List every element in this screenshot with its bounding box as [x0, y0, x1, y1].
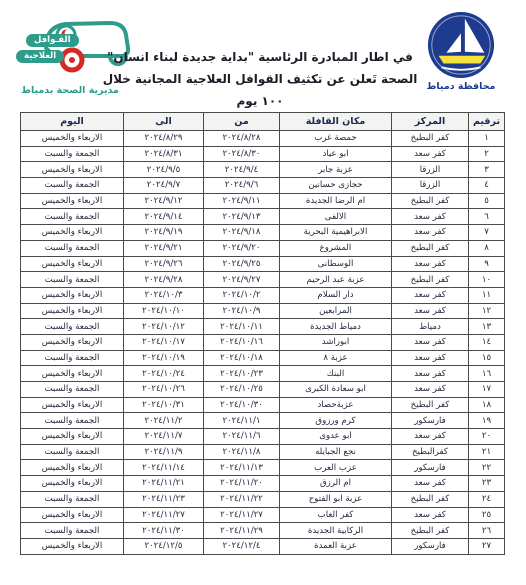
- cell: فارسكور: [392, 413, 469, 429]
- header-cell: ترقيم: [469, 113, 505, 131]
- cell: ٢٣: [469, 476, 505, 492]
- cell: الجمعة والسبت: [21, 382, 124, 398]
- cell: ٢٠٢٤/٨/٢٨: [204, 131, 280, 147]
- cell: الجمعة والسبت: [21, 491, 124, 507]
- cell: الركابية الجديدة: [280, 523, 392, 539]
- cell: الاربعاء والخميس: [21, 287, 124, 303]
- cell: الاربعاء والخميس: [21, 397, 124, 413]
- cell: ٣: [469, 162, 505, 178]
- cell: ٤: [469, 178, 505, 194]
- cell: كفرالبطيخ: [392, 444, 469, 460]
- cell: كفر سعد: [392, 429, 469, 445]
- cell: ٢٠٢٤/١٠/٢٥: [204, 382, 280, 398]
- cell: الجمعة والسبت: [21, 272, 124, 288]
- cell: ٢٠٢٤/١٠/١٨: [204, 350, 280, 366]
- cell: المشروع: [280, 240, 392, 256]
- cell: ٢: [469, 146, 505, 162]
- cell: البنك: [280, 366, 392, 382]
- cell: ١٥: [469, 350, 505, 366]
- cell: ٢٠٢٤/٩/٢٠: [204, 240, 280, 256]
- cell: ٢٠: [469, 429, 505, 445]
- table-row: ٢٦كفر البطيخالركابية الجديدة٢٠٢٤/١١/٢٩٢٠…: [21, 523, 505, 539]
- cell: ١٣: [469, 319, 505, 335]
- governorate-logo-caption: محافظة دمياط: [416, 81, 506, 92]
- table-row: ١٣دمياطدمياط الجديدة٢٠٢٤/١٠/١١٢٠٢٤/١٠/١٢…: [21, 319, 505, 335]
- cell: الجمعة والسبت: [21, 178, 124, 194]
- cell: ٢٠٢٤/١٠/٢٦: [124, 382, 204, 398]
- cell: ٢٠٢٤/١٠/٢: [204, 287, 280, 303]
- cell: ٢٠٢٤/٩/٢٥: [204, 256, 280, 272]
- cell: ١٤: [469, 334, 505, 350]
- cell: حجازى حسانين: [280, 178, 392, 194]
- cell: ٢٠٢٤/١١/٢٧: [204, 507, 280, 523]
- cell: عزبة ابو الفتوح: [280, 491, 392, 507]
- table-row: ٤الزرقاحجازى حسانين٢٠٢٤/٩/٦٢٠٢٤/٩/٧الجمع…: [21, 178, 505, 194]
- cell: ٢٠٢٤/١٠/٢٤: [124, 366, 204, 382]
- cell: كفر سعد: [392, 350, 469, 366]
- cell: ٢٠٢٤/٩/٥: [124, 162, 204, 178]
- cell: ٢٠٢٤/١٠/٣١: [124, 397, 204, 413]
- cell: دار السلام: [280, 287, 392, 303]
- cell: عزبة عبد الرحيم: [280, 272, 392, 288]
- cell: كفر سعد: [392, 256, 469, 272]
- cell: ٥: [469, 193, 505, 209]
- cell: الاربعاء والخميس: [21, 256, 124, 272]
- cell: ٢٠٢٤/١٠/١١: [204, 319, 280, 335]
- cell: ٢٠٢٤/٩/٢٨: [124, 272, 204, 288]
- cell: الجمعة والسبت: [21, 523, 124, 539]
- table-row: ٥كفر البطيخام الرضا الجديدة٢٠٢٤/٩/١١٢٠٢٤…: [21, 193, 505, 209]
- cell: كفر سعد: [392, 225, 469, 241]
- header-cell: الى: [124, 113, 204, 131]
- cell: ٢٠٢٤/١١/٣٠: [124, 523, 204, 539]
- cell: ٢٠٢٤/١١/١٤: [124, 460, 204, 476]
- table-row: ٢٤كفر البطيخعزبة ابو الفتوح٢٠٢٤/١١/٢٢٢٠٢…: [21, 491, 505, 507]
- table-header-row: ترقيمالمركزمكان القافلةمنالىاليوم: [21, 113, 505, 131]
- cell: ٢٠٢٤/١١/٢٩: [204, 523, 280, 539]
- cell: ٢٠٢٤/١٠/١٦: [204, 334, 280, 350]
- table-row: ١٦كفر سعدالبنك٢٠٢٤/١٠/٢٣٢٠٢٤/١٠/٢٤الاربع…: [21, 366, 505, 382]
- cell: ١١: [469, 287, 505, 303]
- cell: كفر سعد: [392, 287, 469, 303]
- cell: ٢٠٢٤/١٠/٩: [204, 303, 280, 319]
- cell: ام الرضا الجديدة: [280, 193, 392, 209]
- cell: ٢٠٢٤/١٠/٢٣: [204, 366, 280, 382]
- cell: ٢٥: [469, 507, 505, 523]
- cell: ١٦: [469, 366, 505, 382]
- cell: كفر سعد: [392, 303, 469, 319]
- cell: عزبةحصاد: [280, 397, 392, 413]
- header-cell: من: [204, 113, 280, 131]
- table-row: ١٥كفر سعدعزبة ٨٢٠٢٤/١٠/١٨٢٠٢٤/١٠/١٩الجمع…: [21, 350, 505, 366]
- cell: فارسكور: [392, 538, 469, 554]
- cell: ٢٠٢٤/١٠/١٧: [124, 334, 204, 350]
- cell: الجمعة والسبت: [21, 209, 124, 225]
- cell: ١: [469, 131, 505, 147]
- cell: كرم ورزوق: [280, 413, 392, 429]
- cell: ١٨: [469, 397, 505, 413]
- cell: ٩: [469, 256, 505, 272]
- cell: ٢٠٢٤/١٠/٣٠: [204, 397, 280, 413]
- table-row: ١٤كفر سعدابوراشد٢٠٢٤/١٠/١٦٢٠٢٤/١٠/١٧الار…: [21, 334, 505, 350]
- table-row: ١٧كفر سعدابو سعادة الكبرى٢٠٢٤/١٠/٢٥٢٠٢٤/…: [21, 382, 505, 398]
- cell: ٢٠٢٤/٩/٦: [204, 178, 280, 194]
- cell: ٢٠٢٤/١١/٩: [124, 444, 204, 460]
- cell: ٢٦: [469, 523, 505, 539]
- cell: كفر البطيخ: [392, 272, 469, 288]
- cell: ٢٠٢٤/١١/٦: [204, 429, 280, 445]
- cell: ٢٠٢٤/٩/٧: [124, 178, 204, 194]
- cell: الجمعة والسبت: [21, 319, 124, 335]
- table-row: ١١كفر سعددار السلام٢٠٢٤/١٠/٢٢٠٢٤/١٠/٣الا…: [21, 287, 505, 303]
- cell: الاربعاء والخميس: [21, 303, 124, 319]
- cell: ٢٠٢٤/١٠/١٢: [124, 319, 204, 335]
- table-row: ٢٣كفر سعدام الرزق٢٠٢٤/١١/٢٠٢٠٢٤/١١/٢١الا…: [21, 476, 505, 492]
- cell: فارسكور: [392, 460, 469, 476]
- table-row: ٢٠كفر سعدابو عدوى٢٠٢٤/١١/٦٢٠٢٤/١١/٧الارب…: [21, 429, 505, 445]
- cell: ١٠: [469, 272, 505, 288]
- cell: ٢٠٢٤/٩/١٩: [124, 225, 204, 241]
- table-row: ١٩فارسكوركرم ورزوق٢٠٢٤/١١/١٢٠٢٤/١١/٢الجم…: [21, 413, 505, 429]
- cell: دمياط الجديدة: [280, 319, 392, 335]
- cell: ٧: [469, 225, 505, 241]
- table-row: ١٠كفر البطيخعزبة عبد الرحيم٢٠٢٤/٩/٢٧٢٠٢٤…: [21, 272, 505, 288]
- cell: عزبة جابر: [280, 162, 392, 178]
- cell: ٢٠٢٤/٨/٣١: [124, 146, 204, 162]
- cell: ٢٠٢٤/١٠/١٠: [124, 303, 204, 319]
- cell: عزب العرب: [280, 460, 392, 476]
- cell: كفر البطيخ: [392, 397, 469, 413]
- cell: ٢٠٢٤/٩/١٨: [204, 225, 280, 241]
- cell: كفر البطيخ: [392, 131, 469, 147]
- cell: الجمعة والسبت: [21, 146, 124, 162]
- cell: ٢٠٢٤/١١/١٣: [204, 460, 280, 476]
- cell: ١٧: [469, 382, 505, 398]
- cell: ٢٠٢٤/١١/٢٠: [204, 476, 280, 492]
- cell: الاربعاء والخميس: [21, 225, 124, 241]
- page-title: في اطار المبادرة الرئاسية "بداية جديدة ل…: [95, 46, 425, 113]
- cell: ٢٠٢٤/٩/٢٦: [124, 256, 204, 272]
- cell: ١٢: [469, 303, 505, 319]
- cell: ٢٠٢٤/١٢/٤: [204, 538, 280, 554]
- title-line-1: في اطار المبادرة الرئاسية "بداية جديدة ل…: [95, 46, 425, 68]
- cell: ٢٠٢٤/٩/١٢: [124, 193, 204, 209]
- governorate-logo: محافظة دمياط: [416, 10, 506, 92]
- table-body: ١كفر البطيخجمصة غرب٢٠٢٤/٨/٢٨٢٠٢٤/٨/٢٩الا…: [21, 131, 505, 555]
- cell: الابراهيمية البحرية: [280, 225, 392, 241]
- cell: الاربعاء والخميس: [21, 334, 124, 350]
- cell: الاربعاء والخميس: [21, 460, 124, 476]
- cell: نجع الجبايله: [280, 444, 392, 460]
- cell: كفر سعد: [392, 146, 469, 162]
- cell: كفر سعد: [392, 366, 469, 382]
- cell: الاربعاء والخميس: [21, 366, 124, 382]
- cell: الجمعة والسبت: [21, 444, 124, 460]
- cell: عزبة ٨: [280, 350, 392, 366]
- table-row: ١كفر البطيخجمصة غرب٢٠٢٤/٨/٢٨٢٠٢٤/٨/٢٩الا…: [21, 131, 505, 147]
- cell: كفر الغاب: [280, 507, 392, 523]
- cell: ٢٠٢٤/٩/١١: [204, 193, 280, 209]
- cell: كفر البطيخ: [392, 193, 469, 209]
- table-row: ١٢كفر سعدالمرابعين٢٠٢٤/١٠/٩٢٠٢٤/١٠/١٠الا…: [21, 303, 505, 319]
- header-cell: مكان القافلة: [280, 113, 392, 131]
- cell: ٢٠٢٤/٩/٤: [204, 162, 280, 178]
- cell: ٢٠٢٤/١٢/٥: [124, 538, 204, 554]
- cell: ٨: [469, 240, 505, 256]
- cell: ٢٠٢٤/١١/٢٢: [204, 491, 280, 507]
- title-line-2: الصحة تَعلن عن تكثيف القوافل العلاجية ال…: [95, 68, 425, 112]
- cell: المرابعين: [280, 303, 392, 319]
- cell: ٢٠٢٤/١١/٢: [124, 413, 204, 429]
- table-row: ٢٢فارسكورعزب العرب٢٠٢٤/١١/١٣٢٠٢٤/١١/١٤ال…: [21, 460, 505, 476]
- cell: ٢٠٢٤/٩/١٣: [204, 209, 280, 225]
- cell: ٢٢: [469, 460, 505, 476]
- cell: ٢٠٢٤/٩/٢١: [124, 240, 204, 256]
- cell: ٢٠٢٤/١٠/٣: [124, 287, 204, 303]
- table-row: ٢٧فارسكورعزبة العمدة٢٠٢٤/١٢/٤٢٠٢٤/١٢/٥ال…: [21, 538, 505, 554]
- table-row: ٧كفر سعدالابراهيمية البحرية٢٠٢٤/٩/١٨٢٠٢٤…: [21, 225, 505, 241]
- header-cell: المركز: [392, 113, 469, 131]
- cell: ٢٧: [469, 538, 505, 554]
- cell: ابوراشد: [280, 334, 392, 350]
- cell: الوسطانى: [280, 256, 392, 272]
- table-row: ٩كفر سعدالوسطانى٢٠٢٤/٩/٢٥٢٠٢٤/٩/٢٦الاربع…: [21, 256, 505, 272]
- cell: عزبة العمدة: [280, 538, 392, 554]
- cell: الالفى: [280, 209, 392, 225]
- convoy-badge-text: العلاجية: [16, 50, 64, 63]
- cell: الاربعاء والخميس: [21, 131, 124, 147]
- page: محافظة دمياط القـوافل العلاجية مديرية ال…: [0, 0, 526, 585]
- cell: كفر البطيخ: [392, 491, 469, 507]
- cell: ٢٠٢٤/١١/١: [204, 413, 280, 429]
- cell: ابو عدوى: [280, 429, 392, 445]
- cell: ١٩: [469, 413, 505, 429]
- cell: الزرقا: [392, 162, 469, 178]
- cell: كفر سعد: [392, 507, 469, 523]
- cell: ٢٠٢٤/٩/٢٧: [204, 272, 280, 288]
- cell: الاربعاء والخميس: [21, 538, 124, 554]
- table-row: ٢كفر سعدابو عياد٢٠٢٤/٨/٣٠٢٠٢٤/٨/٣١الجمعة…: [21, 146, 505, 162]
- cell: الاربعاء والخميس: [21, 162, 124, 178]
- cell: الجمعة والسبت: [21, 413, 124, 429]
- table-row: ٦كفر سعدالالفى٢٠٢٤/٩/١٣٢٠٢٤/٩/١٤الجمعة و…: [21, 209, 505, 225]
- cell: الزرقا: [392, 178, 469, 194]
- cell: ٢٤: [469, 491, 505, 507]
- cell: ابو عياد: [280, 146, 392, 162]
- cell: ٢٠٢٤/١١/٧: [124, 429, 204, 445]
- cell: ٦: [469, 209, 505, 225]
- cell: كفر سعد: [392, 334, 469, 350]
- cell: ٢٠٢٤/٩/١٤: [124, 209, 204, 225]
- cell: ٢٠٢٤/١١/٢١: [124, 476, 204, 492]
- cell: كفر البطيخ: [392, 523, 469, 539]
- table-row: ١٨كفر البطيخعزبةحصاد٢٠٢٤/١٠/٣٠٢٠٢٤/١٠/٣١…: [21, 397, 505, 413]
- convoy-badge-text: القـوافل: [26, 34, 79, 47]
- cell: الجمعة والسبت: [21, 350, 124, 366]
- cell: الاربعاء والخميس: [21, 476, 124, 492]
- cell: ٢٠٢٤/٨/٣٠: [204, 146, 280, 162]
- cell: كفر البطيخ: [392, 240, 469, 256]
- cell: الاربعاء والخميس: [21, 429, 124, 445]
- cell: ٢١: [469, 444, 505, 460]
- cell: كفر سعد: [392, 476, 469, 492]
- cell: ابو سعادة الكبرى: [280, 382, 392, 398]
- cell: ٢٠٢٤/١١/٨: [204, 444, 280, 460]
- cell: الجمعة والسبت: [21, 240, 124, 256]
- cell: الاربعاء والخميس: [21, 193, 124, 209]
- cell: كفر سعد: [392, 382, 469, 398]
- cell: ٢٠٢٤/٨/٢٩: [124, 131, 204, 147]
- cell: جمصة غرب: [280, 131, 392, 147]
- cell: ٢٠٢٤/١١/٢٧: [124, 507, 204, 523]
- table-row: ٢١كفرالبطيخنجع الجبايله٢٠٢٤/١١/٨٢٠٢٤/١١/…: [21, 444, 505, 460]
- cell: كفر سعد: [392, 209, 469, 225]
- cell: ٢٠٢٤/١١/٢٣: [124, 491, 204, 507]
- schedule-table: ترقيمالمركزمكان القافلةمنالىاليوم ١كفر ا…: [20, 112, 505, 555]
- table-row: ٣الزرقاعزبة جابر٢٠٢٤/٩/٤٢٠٢٤/٩/٥الاربعاء…: [21, 162, 505, 178]
- header-cell: اليوم: [21, 113, 124, 131]
- cell: الاربعاء والخميس: [21, 507, 124, 523]
- cell: ٢٠٢٤/١٠/١٩: [124, 350, 204, 366]
- cell: ام الرزق: [280, 476, 392, 492]
- cell: دمياط: [392, 319, 469, 335]
- table-row: ٨كفر البطيخالمشروع٢٠٢٤/٩/٢٠٢٠٢٤/٩/٢١الجم…: [21, 240, 505, 256]
- table-row: ٢٥كفر سعدكفر الغاب٢٠٢٤/١١/٢٧٢٠٢٤/١١/٢٧ال…: [21, 507, 505, 523]
- sailboat-icon: [426, 10, 496, 80]
